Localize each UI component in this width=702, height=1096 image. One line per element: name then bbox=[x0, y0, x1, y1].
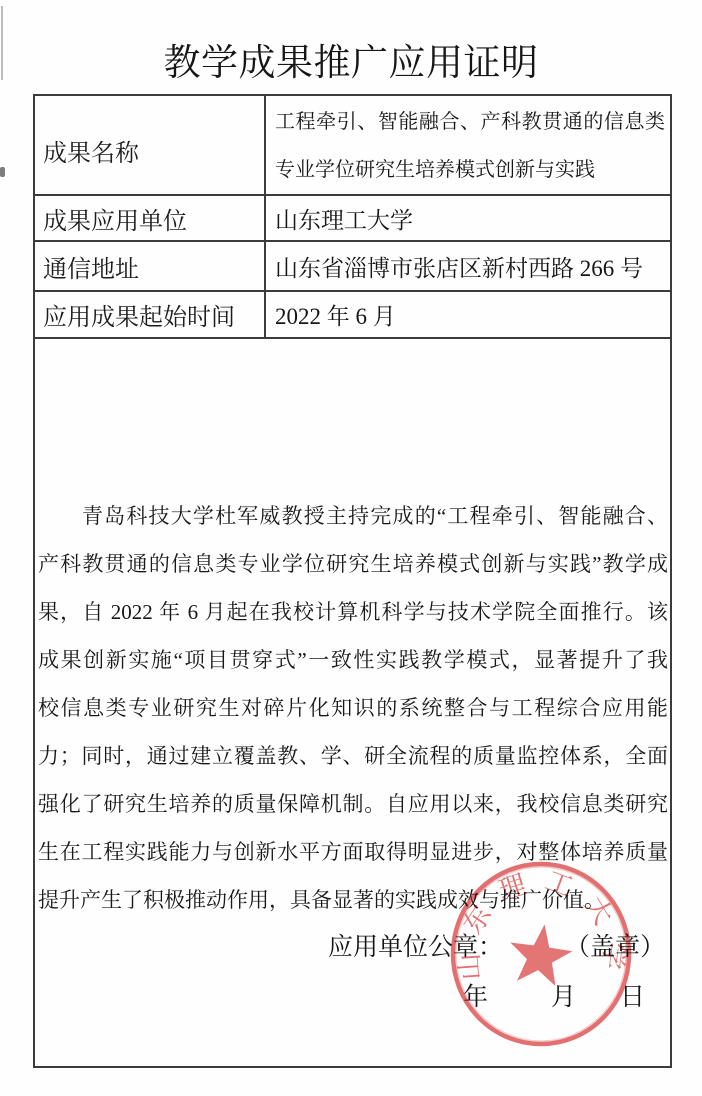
page-title: 教学成果推广应用证明 bbox=[0, 42, 702, 86]
body-line: 果，自 2022 年 6 月起在我校计算机科学与技术学院全面推行。该 bbox=[38, 588, 668, 636]
body-line: 产科教贯通的信息类专业学位研究生培养模式创新与实践”教学成 bbox=[38, 540, 668, 588]
row-value-applying-unit: 山东理工大学 bbox=[265, 195, 671, 241]
date-month-label: 月 bbox=[551, 984, 576, 1012]
table-row: 通信地址 山东省淄博市张店区新村西路 266 号 bbox=[34, 241, 671, 291]
seal-line-label: 应用单位公章： bbox=[328, 934, 503, 962]
body-line: 青岛科技大学杜军威教授主持完成的“工程牵引、智能融合、 bbox=[38, 492, 668, 540]
seal-hint-label: （盖章） bbox=[565, 934, 665, 962]
body-line: 力；同时，通过建立覆盖教、学、研全流程的质量监控体系，全面 bbox=[38, 732, 668, 780]
body-line: 校信息类专业研究生对碎片化知识的系统整合与工程综合应用能 bbox=[38, 684, 668, 732]
body-line: 成果创新实施“项目贯穿式”一致性实践教学模式，显著提升了我 bbox=[38, 636, 668, 684]
row-value-achievement-name: 工程牵引、智能融合、产科教贯通的信息类 专业学位研究生培养模式创新与实践 bbox=[265, 95, 671, 195]
certificate-body-paragraph: 青岛科技大学杜军威教授主持完成的“工程牵引、智能融合、 产科教贯通的信息类专业学… bbox=[35, 482, 670, 924]
row-value-mailing-address: 山东省淄博市张店区新村西路 266 号 bbox=[265, 241, 671, 291]
row-label-achievement-name: 成果名称 bbox=[34, 95, 265, 195]
body-line: 强化了研究生培养的质量保障机制。自应用以来，我校信息类研究 bbox=[38, 780, 668, 828]
row-label-applying-unit: 成果应用单位 bbox=[34, 195, 265, 241]
date-year-label: 年 bbox=[463, 984, 488, 1012]
table-row: 成果名称 工程牵引、智能融合、产科教贯通的信息类 专业学位研究生培养模式创新与实… bbox=[34, 95, 671, 195]
scan-smudge-artifact bbox=[0, 167, 5, 177]
certificate-info-table: 成果名称 工程牵引、智能融合、产科教贯通的信息类 专业学位研究生培养模式创新与实… bbox=[33, 94, 672, 1068]
body-line: 提升产生了积极推动作用，具备显著的实践成效与推广价值。 bbox=[38, 876, 668, 924]
achievement-name-line-1: 工程牵引、智能融合、产科教贯通的信息类 bbox=[275, 98, 665, 146]
row-label-application-start-date: 应用成果起始时间 bbox=[34, 291, 265, 338]
body-line: 生在工程实践能力与创新水平方面取得明显进步，对整体培养质量 bbox=[38, 828, 668, 876]
row-value-application-start-date: 2022 年 6 月 bbox=[265, 291, 671, 338]
certificate-page: 教学成果推广应用证明 成果名称 工程牵引、智能融合、产科教贯通的信息类 专业学位… bbox=[0, 0, 702, 1096]
date-day-label: 日 bbox=[620, 984, 645, 1012]
table-row: 应用成果起始时间 2022 年 6 月 bbox=[34, 291, 671, 338]
achievement-name-line-2: 专业学位研究生培养模式创新与实践 bbox=[275, 146, 665, 194]
row-label-mailing-address: 通信地址 bbox=[34, 241, 265, 291]
table-row: 成果应用单位 山东理工大学 bbox=[34, 195, 671, 241]
